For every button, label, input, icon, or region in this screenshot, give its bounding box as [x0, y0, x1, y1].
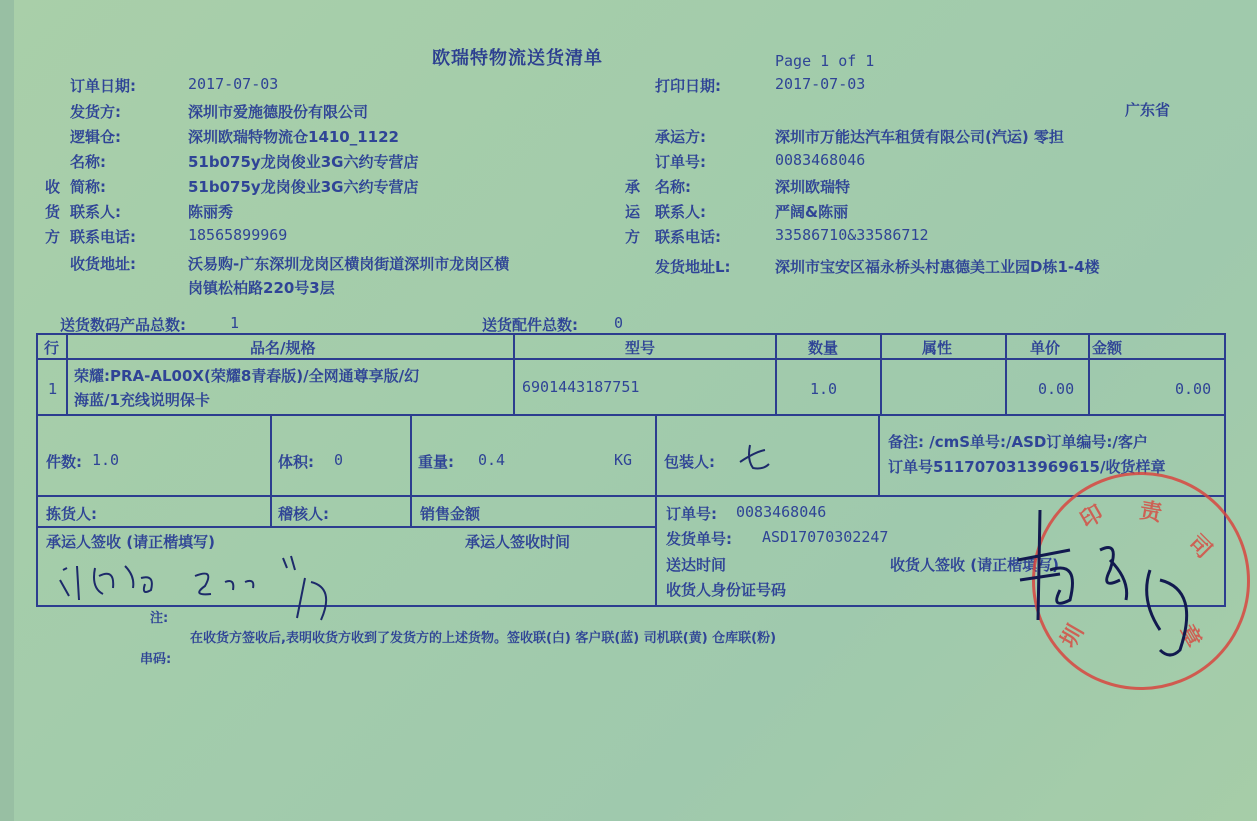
- row-unit-price: 0.00: [1038, 380, 1074, 398]
- receiver-short-name: 51b075y龙岗俊业3G六约专营店: [188, 176, 418, 197]
- receiver-side-char-3: 方: [45, 226, 60, 247]
- receiver-phone-label: 联系电话:: [70, 226, 136, 247]
- carrier-order-no: 0083468046: [775, 151, 865, 169]
- shipper-value: 深圳市爱施德股份有限公司: [188, 101, 368, 122]
- carrier-phone: 33586710&33586712: [775, 226, 929, 244]
- row-name-line1: 荣耀:PRA-AL00X(荣耀8青春版)/全网通尊享版/幻: [74, 365, 419, 386]
- col-header-model: 型号: [625, 337, 655, 358]
- carrier-side-char-3: 方: [625, 226, 640, 247]
- volume-value: 0: [334, 451, 343, 469]
- order-date-label: 订单日期:: [70, 75, 136, 96]
- checker-label: 稽核人:: [278, 503, 329, 524]
- carrier-value: 深圳市万能达汽车租赁有限公司(汽运) 零担: [775, 126, 1064, 147]
- volume-label: 体积:: [278, 451, 314, 472]
- carrier-name-label: 名称:: [655, 176, 691, 197]
- carrier-contact-label: 联系人:: [655, 201, 706, 222]
- receiver-phone: 18565899969: [188, 226, 287, 244]
- shipper-label: 发货方:: [70, 101, 121, 122]
- row-line-no: 1: [48, 380, 58, 398]
- remark-line1: 备注: /cmS单号:/ASD订单编号:/客户: [888, 431, 1148, 452]
- parts-total-value: 0: [614, 314, 623, 332]
- col-header-unit-price: 单价: [1030, 337, 1060, 358]
- digital-total-value: 1: [230, 314, 239, 332]
- document-title: 欧瑞特物流送货清单: [432, 44, 603, 70]
- note-label: 注:: [150, 607, 168, 626]
- weight-unit: KG: [614, 451, 632, 469]
- print-date-label: 打印日期:: [655, 75, 721, 96]
- receiver-address-line1: 沃易购-广东深圳龙岗区横岗街道深圳市龙岗区横: [188, 253, 509, 274]
- carrier-sign-time-label: 承运人签收时间: [465, 531, 570, 552]
- print-date: 2017-07-03: [775, 75, 865, 93]
- ship-no: ASD17070302247: [762, 528, 888, 546]
- shipper-name-value: 51b075y龙岗俊业3G六约专营店: [188, 151, 418, 172]
- carrier-name: 深圳欧瑞特: [775, 176, 850, 197]
- carrier-order-no-label: 订单号:: [655, 151, 706, 172]
- serial-label: 串码:: [140, 648, 171, 667]
- order-date: 2017-07-03: [188, 75, 278, 93]
- picker-label: 拣货人:: [46, 503, 97, 524]
- warehouse-value: 深圳欧瑞特物流仓1410_1122: [188, 126, 399, 147]
- warehouse-label: 逻辑仓:: [70, 126, 121, 147]
- row-name-line2: 海蓝/1充线说明保卡: [74, 389, 210, 410]
- packer-signature-icon: [735, 440, 785, 475]
- receiver-handwritten-signature-icon: [1010, 500, 1220, 670]
- col-header-qty: 数量: [808, 337, 838, 358]
- row-qty: 1.0: [810, 380, 837, 398]
- province: 广东省: [1125, 99, 1170, 120]
- parts-total-label: 送货配件总数:: [482, 314, 578, 335]
- row-model: 6901443187751: [522, 378, 639, 396]
- receiver-side-char-1: 收: [45, 176, 60, 197]
- pieces-label: 件数:: [46, 451, 82, 472]
- packer-label: 包装人:: [664, 451, 715, 472]
- paper-edge: [0, 0, 14, 821]
- row-amount: 0.00: [1175, 380, 1211, 398]
- receiver-address-line2: 岗镇松柏路220号3层: [188, 277, 335, 298]
- ship-no-label: 发货单号:: [666, 528, 732, 549]
- carrier-side-char-2: 运: [625, 201, 640, 222]
- col-header-attr: 属性: [922, 337, 952, 358]
- col-header-name: 品名/规格: [250, 337, 315, 358]
- summary-order-no: 0083468046: [736, 503, 826, 521]
- col-header-amount: 金额: [1092, 337, 1122, 358]
- ship-address: 深圳市宝安区福永桥头村惠德美工业园D栋1-4楼: [775, 256, 1100, 277]
- pieces-value: 1.0: [92, 451, 119, 469]
- carrier-label: 承运方:: [655, 126, 706, 147]
- weight-label: 重量:: [418, 451, 454, 472]
- receiver-side-char-2: 货: [45, 201, 60, 222]
- receiver-contact: 陈丽秀: [188, 201, 233, 222]
- arrival-time-label: 送达时间: [666, 554, 726, 575]
- sales-amount-label: 销售金额: [420, 503, 480, 524]
- carrier-phone-label: 联系电话:: [655, 226, 721, 247]
- page-indicator: Page 1 of 1: [775, 52, 874, 70]
- weight-value: 0.4: [478, 451, 505, 469]
- receiver-id-label: 收货人身份证号码: [666, 579, 786, 600]
- col-header-line: 行: [44, 337, 59, 358]
- note-text: 在收货方签收后,表明收货方收到了发货方的上述货物。签收联(白) 客户联(蓝) 司…: [190, 627, 776, 646]
- ship-address-label: 发货地址L:: [655, 256, 731, 277]
- shipper-name-label: 名称:: [70, 151, 106, 172]
- receiver-short-name-label: 简称:: [70, 176, 106, 197]
- carrier-contact: 严阔&陈丽: [775, 201, 848, 222]
- carrier-side-char-1: 承: [625, 176, 640, 197]
- carrier-handwritten-signature-icon: [55, 548, 365, 628]
- summary-order-no-label: 订单号:: [666, 503, 717, 524]
- receiver-address-label: 收货地址:: [70, 253, 136, 274]
- receiver-contact-label: 联系人:: [70, 201, 121, 222]
- digital-total-label: 送货数码产品总数:: [60, 314, 186, 335]
